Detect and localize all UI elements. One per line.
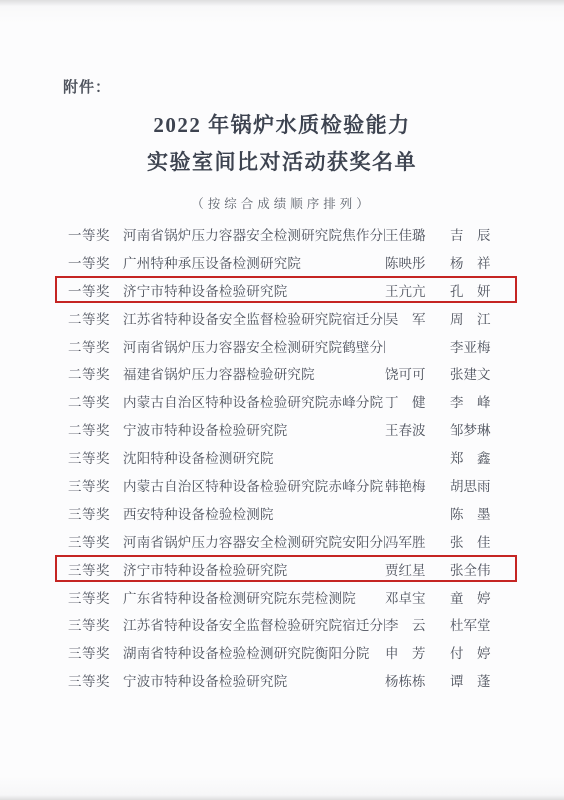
award-tier-label: 三等奖: [68, 559, 123, 579]
award-tier-label: 三等奖: [68, 642, 123, 662]
winner-name-second: 邹梦琳: [450, 419, 514, 439]
award-tier-label: 二等奖: [68, 391, 123, 411]
winner-name-second: 杜军堂: [450, 614, 514, 634]
winner-name-second: 杨 祥: [450, 252, 514, 272]
document-title-line1: 2022 年锅炉水质检验能力: [0, 109, 564, 139]
winner-name-second: 张建文: [450, 363, 514, 383]
award-tier-label: 二等奖: [68, 419, 123, 439]
winner-name-first: 冯军胜: [385, 531, 450, 551]
organization-name: 江苏省特种设备安全监督检验研究院宿迁分院: [123, 308, 385, 328]
organization-name: 济宁市特种设备检验研究院: [123, 280, 385, 300]
document-title-line2: 实验室间比对活动获奖名单: [0, 146, 564, 176]
winner-name-first: 丁 健: [385, 391, 450, 411]
award-row: 二等奖 宁波市特种设备检验研究院 王春波 邹梦琳: [68, 415, 514, 443]
award-tier-label: 二等奖: [68, 308, 123, 328]
winner-name-first: 李 云: [385, 614, 450, 634]
attachment-label: 附件：: [63, 76, 111, 97]
winner-name-first: 王春波: [385, 419, 450, 439]
award-row: 三等奖 宁波市特种设备检验研究院 杨栋栋 谭 蓬: [68, 666, 514, 694]
award-list: 一等奖 河南省锅炉压力容器安全检测研究院焦作分院 王佳璐 吉 辰 一等奖 广州特…: [68, 220, 514, 694]
winner-name-first: 申 芳: [385, 642, 450, 662]
scan-bottom-edge: [0, 795, 564, 800]
winner-name-first: 邓卓宝: [385, 587, 450, 607]
organization-name: 内蒙古自治区特种设备检验研究院赤峰分院: [123, 391, 385, 411]
organization-name: 沈阳特种设备检测研究院: [123, 447, 385, 467]
organization-name: 湖南省特种设备检验检测研究院衡阳分院: [123, 642, 385, 662]
winner-name-first: 韩艳梅: [385, 475, 450, 495]
winner-name-second: 谭 蓬: [450, 670, 514, 690]
award-row: 三等奖 济宁市特种设备检验研究院 贾红星 张全伟: [68, 555, 514, 583]
winner-name-first: 陈映彤: [385, 252, 450, 272]
award-tier-label: 一等奖: [68, 252, 123, 272]
organization-name: 西安特种设备检验检测院: [123, 503, 385, 523]
winner-name-second: 陈 墨: [450, 503, 514, 523]
award-row: 三等奖 湖南省特种设备检验检测研究院衡阳分院 申 芳 付 婷: [68, 638, 514, 666]
winner-name-second: 吉 辰: [450, 224, 514, 244]
organization-name: 济宁市特种设备检验研究院: [123, 559, 385, 579]
winner-name-second: 张 佳: [450, 531, 514, 551]
award-row: 一等奖 河南省锅炉压力容器安全检测研究院焦作分院 王佳璐 吉 辰: [68, 220, 514, 248]
award-tier-label: 二等奖: [68, 336, 123, 356]
organization-name: 内蒙古自治区特种设备检验研究院赤峰分院: [123, 475, 385, 495]
organization-name: 宁波市特种设备检验研究院: [123, 670, 385, 690]
organization-name: 江苏省特种设备安全监督检验研究院宿迁分院: [123, 614, 385, 634]
award-tier-label: 三等奖: [68, 670, 123, 690]
award-row: 二等奖 河南省锅炉压力容器安全检测研究院鹤壁分院 李亚梅: [68, 332, 514, 360]
winner-name-first: 饶可可: [385, 363, 450, 383]
scan-top-edge: [0, 0, 564, 6]
award-row: 三等奖 内蒙古自治区特种设备检验研究院赤峰分院 韩艳梅 胡思雨: [68, 471, 514, 499]
award-tier-label: 一等奖: [68, 280, 123, 300]
award-row: 一等奖 济宁市特种设备检验研究院 王亢亢 孔 妍: [68, 276, 514, 304]
award-tier-label: 三等奖: [68, 614, 123, 634]
award-row: 三等奖 河南省锅炉压力容器安全检测研究院安阳分院 冯军胜 张 佳: [68, 527, 514, 555]
winner-name-second: 张全伟: [450, 559, 514, 579]
award-tier-label: 三等奖: [68, 447, 123, 467]
winner-name-first: 贾红星: [385, 559, 450, 579]
award-tier-label: 三等奖: [68, 503, 123, 523]
sort-order-note: （按综合成绩顺序排列）: [0, 194, 564, 212]
award-tier-label: 三等奖: [68, 475, 123, 495]
winner-name-second: 周 江: [450, 308, 514, 328]
winner-name-first: 吴 军: [385, 308, 450, 328]
award-row: 二等奖 内蒙古自治区特种设备检验研究院赤峰分院 丁 健 李 峰: [68, 387, 514, 415]
organization-name: 广东省特种设备检测研究院东莞检测院: [123, 587, 385, 607]
winner-name-second: 付 婷: [450, 642, 514, 662]
award-row: 三等奖 广东省特种设备检测研究院东莞检测院 邓卓宝 童 婷: [68, 583, 514, 611]
winner-name-second: 郑 鑫: [450, 447, 514, 467]
winner-name-second: 孔 妍: [450, 280, 514, 300]
award-row: 二等奖 江苏省特种设备安全监督检验研究院宿迁分院 吴 军 周 江: [68, 304, 514, 332]
organization-name: 河南省锅炉压力容器安全检测研究院焦作分院: [123, 224, 385, 244]
organization-name: 福建省锅炉压力容器检验研究院: [123, 363, 385, 383]
winner-name-second: 李亚梅: [450, 336, 514, 356]
winner-name-second: 胡思雨: [450, 475, 514, 495]
award-tier-label: 三等奖: [68, 587, 123, 607]
award-row: 三等奖 西安特种设备检验检测院 陈 墨: [68, 499, 514, 527]
organization-name: 宁波市特种设备检验研究院: [123, 419, 385, 439]
document-page: 附件： 2022 年锅炉水质检验能力 实验室间比对活动获奖名单 （按综合成绩顺序…: [0, 0, 564, 800]
winner-name-first: 王亢亢: [385, 280, 450, 300]
organization-name: 广州特种承压设备检测研究院: [123, 252, 385, 272]
award-row: 一等奖 广州特种承压设备检测研究院 陈映彤 杨 祥: [68, 248, 514, 276]
organization-name: 河南省锅炉压力容器安全检测研究院鹤壁分院: [123, 336, 385, 356]
winner-name-second: 童 婷: [450, 587, 514, 607]
winner-name-first: 杨栋栋: [385, 670, 450, 690]
award-row: 三等奖 江苏省特种设备安全监督检验研究院宿迁分院 李 云 杜军堂: [68, 610, 514, 638]
organization-name: 河南省锅炉压力容器安全检测研究院安阳分院: [123, 531, 385, 551]
award-row: 三等奖 沈阳特种设备检测研究院 郑 鑫: [68, 443, 514, 471]
award-row: 二等奖 福建省锅炉压力容器检验研究院 饶可可 张建文: [68, 359, 514, 387]
winner-name-second: 李 峰: [450, 391, 514, 411]
award-tier-label: 二等奖: [68, 363, 123, 383]
award-tier-label: 一等奖: [68, 224, 123, 244]
award-tier-label: 三等奖: [68, 531, 123, 551]
winner-name-first: 王佳璐: [385, 224, 450, 244]
